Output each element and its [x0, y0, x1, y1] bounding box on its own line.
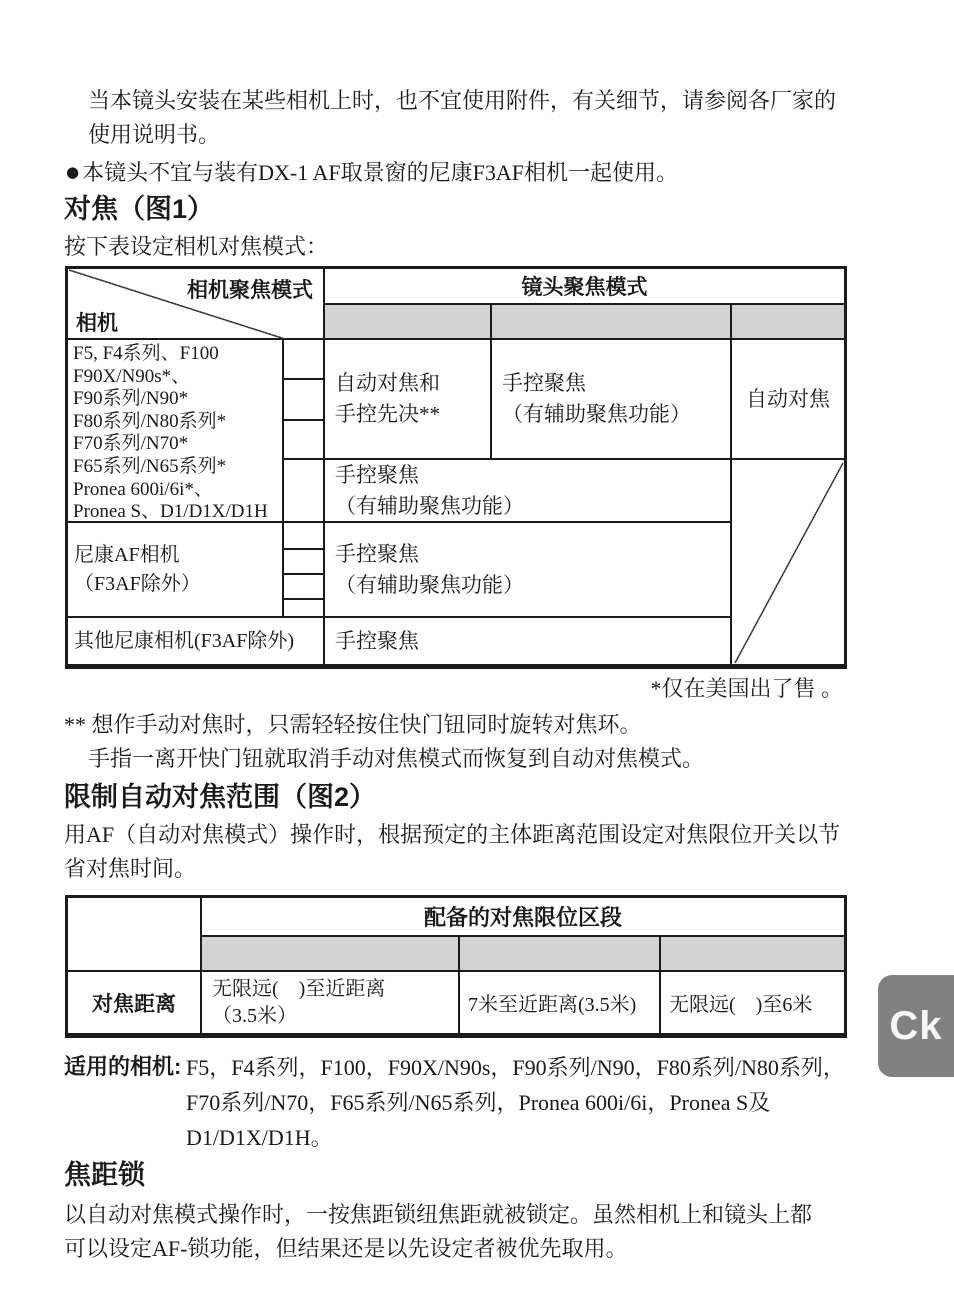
- lens-mode-header-cell: 镜头聚焦模式: [324, 268, 845, 304]
- mode-box-5: [283, 522, 324, 549]
- page-section-tab: Ck: [878, 975, 954, 1077]
- applicable-label: 适用的相机:: [64, 1050, 181, 1081]
- manual-assist-cell-1: 手控聚焦 （有辅助聚焦功能）: [491, 339, 731, 459]
- mode-box-7: [283, 574, 324, 599]
- focus-lead: 按下表设定相机对焦模式：: [64, 230, 328, 264]
- footnote-manual-override-2: 手指一离开快门钮就取消手动对焦模式而恢复到自动对焦模式。: [88, 742, 878, 776]
- range-full-cell: 无限远( )至近距离 （3.5米）: [201, 971, 459, 1034]
- limit-row-label-cell: 对焦距离: [67, 971, 201, 1034]
- diagonal-line: [732, 460, 846, 666]
- corner-header-cell: 相机聚焦模式 相机: [67, 268, 324, 339]
- camera-group2-cell: 尼康AF相机 （F3AF除外）: [67, 522, 283, 617]
- autofocus-cell: 自动对焦: [731, 339, 845, 459]
- manual-assist-cell-2: 手控聚焦 （有辅助聚焦功能）: [324, 459, 731, 522]
- applicable-list: F5，F4系列，F100，F90X/N90s，F90系列/N90，F80系列/N…: [186, 1050, 866, 1155]
- focus-heading: 对焦（图1）: [64, 194, 214, 224]
- footnote-usa-only: *仅在美国出了售 。: [65, 672, 843, 706]
- na-diagonal-cell: [731, 459, 845, 665]
- footnote-manual-override: ** 想作手动对焦时，只需轻轻按住快门钮同时旋转对焦环。: [64, 708, 854, 742]
- gray-subheader-cell-2: [491, 304, 731, 339]
- lock-heading: 焦距锁: [64, 1160, 145, 1190]
- bullet-text: 本镜头不宜与装有DX-1 AF取景窗的尼康F3AF相机一起使用。: [82, 156, 678, 190]
- manual-only-cell: 手控聚焦: [324, 617, 731, 665]
- bullet-icon: ●: [66, 155, 79, 189]
- limit-gray-cell-1: [201, 936, 459, 971]
- gray-subheader-cell-1: [324, 304, 491, 339]
- focus-limit-table: 配备的对焦限位区段 对焦距离 无限远( )至近距离 （3.5米） 7米至近距离(…: [65, 895, 847, 1038]
- mode-box-2: [283, 379, 324, 420]
- limit-paragraph: 用AF（自动对焦模式）操作时，根据预定的主体距离范围设定对焦限位开关以节 省对焦…: [64, 818, 864, 886]
- mode-box-4: [283, 459, 324, 522]
- focus-mode-table: 相机聚焦模式 相机 镜头聚焦模式 F5, F4系列、F100 F90X/N90s…: [65, 266, 847, 669]
- mode-box-8: [283, 599, 324, 617]
- limit-header-cell: 配备的对焦限位区段: [201, 897, 845, 936]
- camera-group3-cell: 其他尼康相机(F3AF除外): [67, 617, 324, 665]
- af-manual-priority-cell: 自动对焦和 手控先决**: [324, 339, 491, 459]
- mode-box-1: [283, 339, 324, 379]
- gray-subheader-cell-3: [731, 304, 845, 339]
- camera-group1-cell: F5, F4系列、F100 F90X/N90s*、 F90系列/N90* F80…: [67, 339, 283, 522]
- lock-paragraph: 以自动对焦模式操作时，一按焦距锁纽焦距就被锁定。虽然相机上和镜头上都 可以设定A…: [64, 1198, 864, 1266]
- limit-heading: 限制自动对焦范围（图2）: [64, 782, 376, 812]
- range-6m-cell: 无限远( )至6米: [660, 971, 845, 1034]
- bullet-line: ● 本镜头不宜与装有DX-1 AF取景窗的尼康F3AF相机一起使用。: [66, 156, 866, 192]
- intro-paragraph: 当本镜头安装在某些相机上时，也不宜使用附件，有关细节，请参阅各厂家的 使用说明书…: [88, 84, 863, 152]
- range-7m-cell: 7米至近距离(3.5米): [459, 971, 660, 1034]
- corner-header-bottom-label: 相机: [76, 307, 118, 337]
- mode-box-3: [283, 420, 324, 459]
- manual-assist-cell-3: 手控聚焦 （有辅助聚焦功能）: [324, 522, 731, 617]
- limit-corner-cell: [67, 897, 201, 971]
- limit-gray-cell-3: [660, 936, 845, 971]
- limit-gray-cell-2: [459, 936, 660, 971]
- corner-header-top-label: 相机聚焦模式: [187, 274, 313, 304]
- mode-box-6: [283, 549, 324, 574]
